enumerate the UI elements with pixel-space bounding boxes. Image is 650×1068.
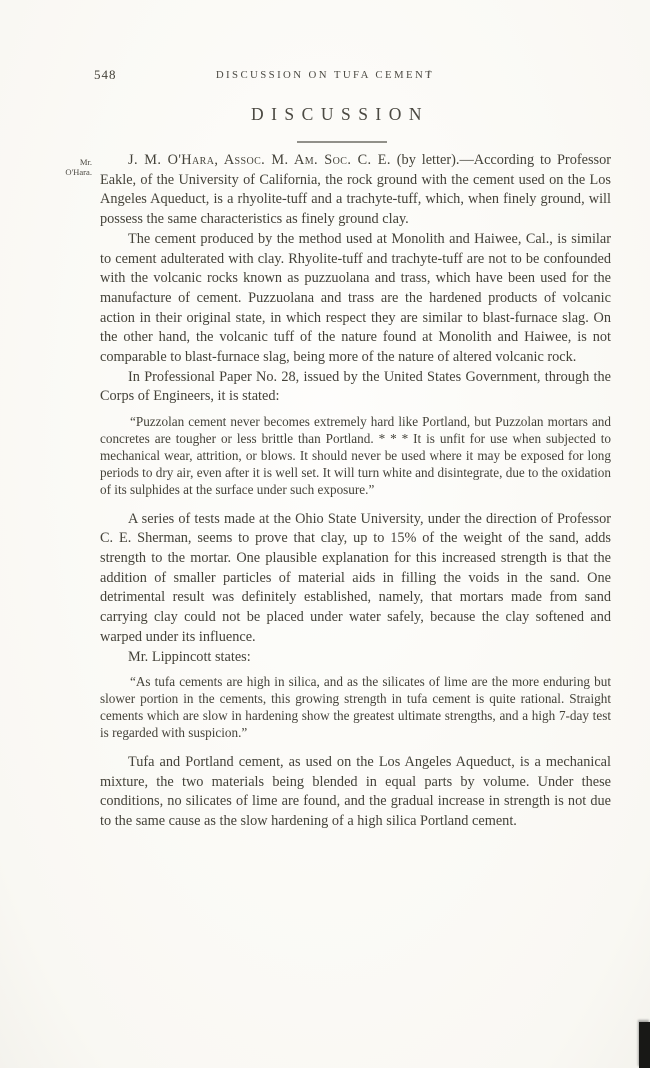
title-rule — [297, 141, 387, 143]
margin-note-line2: O'Hara. — [40, 167, 92, 177]
running-head: DISCUSSION ON TUFA CEMENT — [0, 69, 650, 81]
quoted-paragraph: “As tufa cements are high in silica, and… — [100, 674, 611, 742]
scanned-page: 548 DISCUSSION ON TUFA CEMENT DISCUSSION… — [0, 0, 650, 1068]
paragraph: J. M. O'Hara, Assoc. M. Am. Soc. C. E. (… — [100, 151, 611, 230]
paragraph: The cement produced by the method used a… — [100, 230, 611, 368]
quoted-paragraph: “Puzzolan cement never becomes extremely… — [100, 414, 611, 499]
paragraph: Mr. Lippincott states: — [100, 648, 611, 668]
margin-note-line1: Mr. — [40, 157, 92, 167]
section-title: DISCUSSION — [70, 104, 610, 125]
paragraph: In Professional Paper No. 28, issued by … — [100, 368, 611, 407]
scan-artifact-bar — [639, 1022, 650, 1068]
page-header: 548 DISCUSSION ON TUFA CEMENT — [0, 67, 650, 87]
margin-note-speaker: Mr. O'Hara. — [40, 157, 92, 177]
paragraph: Tufa and Portland cement, as used on the… — [100, 753, 611, 832]
speaker-name: J. M. O'Hara, Assoc. M. Am. Soc. C. E. — [128, 152, 391, 168]
paragraph: A series of tests made at the Ohio State… — [100, 510, 611, 648]
text-content: J. M. O'Hara, Assoc. M. Am. Soc. C. E. (… — [100, 151, 611, 832]
